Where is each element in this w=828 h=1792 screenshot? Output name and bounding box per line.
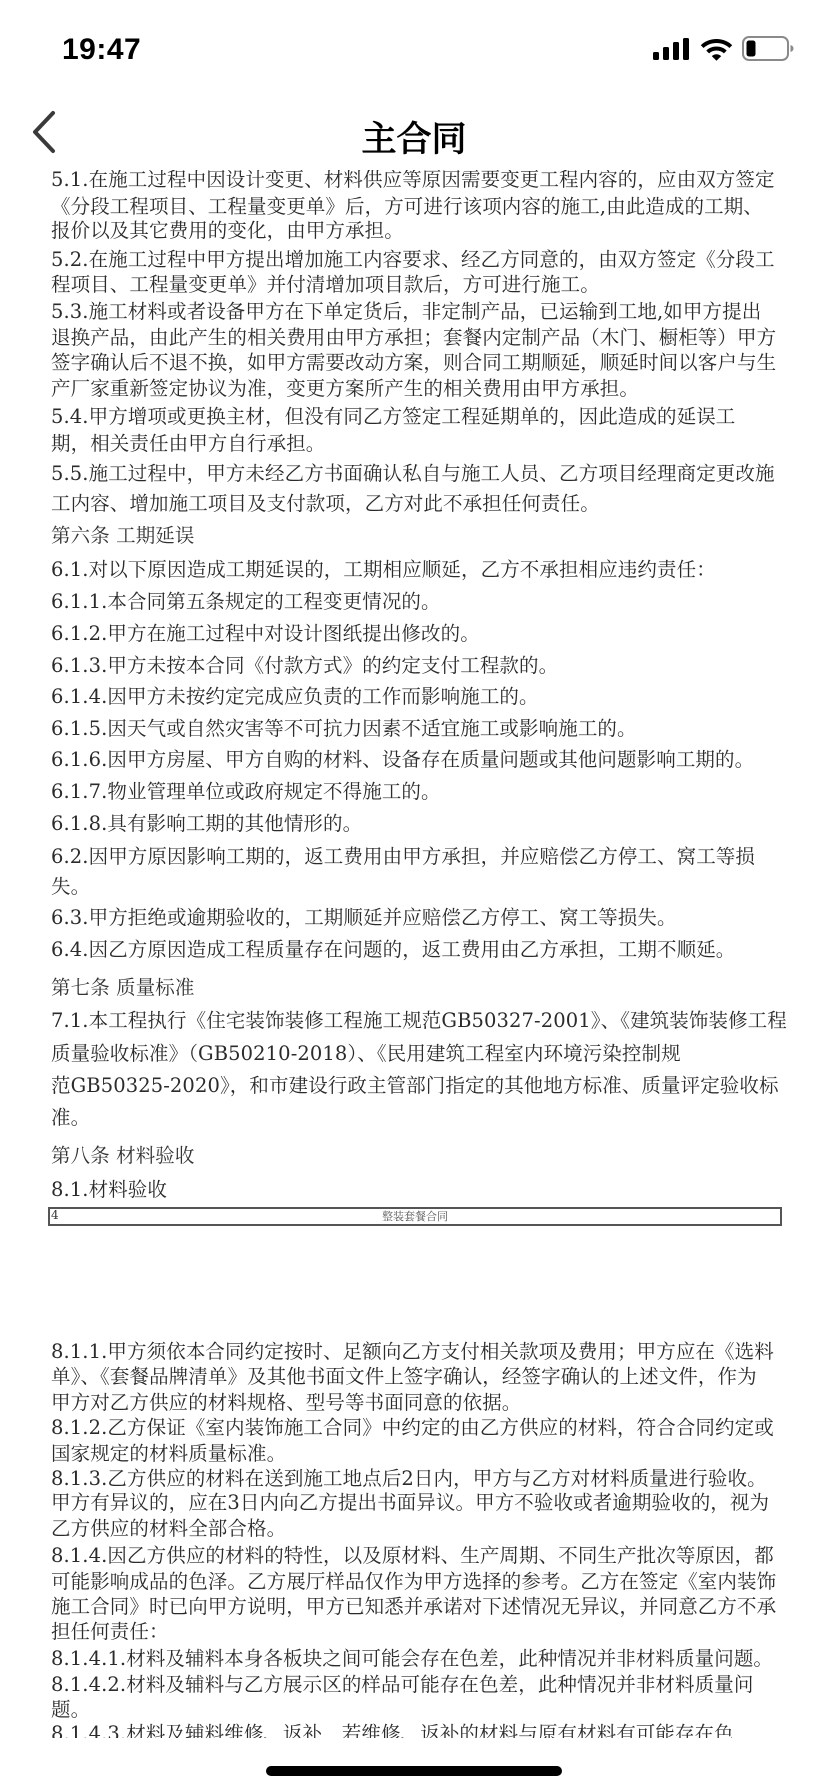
- document-text-line: 报价以及其它费用的变化，由甲方承担。: [51, 219, 791, 243]
- document-text-line: 工内容、增加施工项目及支付款项，乙方对此不承担任何责任。: [51, 492, 791, 516]
- document-text-line: 8.1.2.乙方保证《室内装饰施工合同》中约定的由乙方供应的材料，符合合同约定或: [51, 1416, 791, 1440]
- section-heading: 第八条 材料验收: [51, 1144, 791, 1168]
- document-text-line: 可能影响成品的色泽。乙方展厅样品仅作为甲方选择的参考。乙方在签定《室内装饰: [51, 1570, 791, 1594]
- document-text-line: 国家规定的材料质量标准。: [51, 1442, 791, 1466]
- document-text-line: 单》、《套餐品牌清单》及其他书面文件上签字确认，经签字确认的上述文件，作为: [51, 1365, 791, 1389]
- document-text-line: 8.1.4.1.材料及辅料本身各板块之间可能会存在色差，此种情况并非材料质量问题…: [51, 1647, 791, 1671]
- status-time: 19:47: [62, 33, 141, 67]
- document-text-line: 5.4.甲方增项或更换主材，但没有同乙方签定工程延期单的，因此造成的延误工: [51, 405, 791, 429]
- document-text-line: 8.1.4.2.材料及辅料与乙方展示区的样品可能存在色差，此种情况并非材料质量问: [51, 1673, 791, 1697]
- document-text-line: 准。: [51, 1106, 791, 1130]
- document-text-line: 5.2.在施工过程中甲方提出增加施工内容要求、经乙方同意的，由双方签定《分段工: [51, 248, 791, 272]
- document-text-line: 程项目、工程量变更单》并付清增加项目款后，方可进行施工。: [51, 273, 791, 297]
- document-text-line: 乙方供应的材料全部合格。: [51, 1517, 791, 1541]
- document-text-line: 质量验收标准》（GB50210-2018）、《民用建筑工程室内环境污染控制规: [51, 1042, 791, 1066]
- page-footer: 4整装套餐合同: [48, 1207, 782, 1226]
- document-text-line: 6.1.7.物业管理单位或政府规定不得施工的。: [51, 780, 791, 804]
- document-text-line: 8.1.材料验收: [51, 1178, 791, 1202]
- document-text-line: 6.2.因甲方原因影响工期的，返工费用由甲方承担，并应赔偿乙方停工、窝工等损: [51, 845, 791, 869]
- home-indicator[interactable]: [266, 1766, 562, 1776]
- document-text-line: 6.3.甲方拒绝或逾期验收的，工期顺延并应赔偿乙方停工、窝工等损失。: [51, 906, 791, 930]
- document-viewer[interactable]: 5.1.在施工过程中因设计变更、材料供应等原因需要变更工程内容的，应由双方签定《…: [0, 170, 828, 1738]
- document-text-line: 6.4.因乙方原因造成工程质量存在问题的，返工费用由乙方承担，工期不顺延。: [51, 938, 791, 962]
- page-title: 主合同: [0, 112, 828, 162]
- document-text-line: 6.1.3.甲方未按本合同《付款方式》的约定支付工程款的。: [51, 654, 791, 678]
- document-text-line: 担任何责任：: [51, 1620, 791, 1644]
- footer-title: 整装套餐合同: [50, 1209, 780, 1224]
- document-text-line: 5.1.在施工过程中因设计变更、材料供应等原因需要变更工程内容的，应由双方签定: [51, 170, 791, 192]
- document-text-line: 范GB50325-2020》，和市建设行政主管部门指定的其他地方标准、质量评定验…: [51, 1074, 791, 1098]
- document-text-line: 6.1.对以下原因造成工期延误的，工期相应顺延，乙方不承担相应违约责任：: [51, 558, 791, 582]
- document-text-line: 退换产品，由此产生的相关费用由甲方承担；套餐内定制产品（木门、橱柜等）甲方: [51, 326, 791, 350]
- document-text-line: 题。: [51, 1698, 791, 1722]
- document-text-line: 施工合同》时已向甲方说明，甲方已知悉并承诺对下述情况无异议，并同意乙方不承: [51, 1595, 791, 1619]
- document-text-line: 甲方有异议的，应在3日内向乙方提出书面异议。甲方不验收或者逾期验收的，视为: [51, 1491, 791, 1515]
- document-text-line: 6.1.2.甲方在施工过程中对设计图纸提出修改的。: [51, 622, 791, 646]
- document-text-line: 6.1.1.本合同第五条规定的工程变更情况的。: [51, 590, 791, 614]
- document-text-line: 期，相关责任由甲方自行承担。: [51, 432, 791, 456]
- document-text-line: 8.1.4.3.材料及辅料维修、返补，若维修、返补的材料与原有材料有可能存在色: [51, 1722, 791, 1738]
- document-text-line: 产厂家重新签定协议为准，变更方案所产生的相关费用由甲方承担。: [51, 377, 791, 401]
- document-text-line: 签字确认后不退不换，如甲方需要改动方案，则合同工期顺延，顺延时间以客户与生: [51, 351, 791, 375]
- battery-low-icon: [742, 36, 794, 61]
- document-text-line: 6.1.8.具有影响工期的其他情形的。: [51, 812, 791, 836]
- section-heading: 第六条 工期延误: [51, 524, 791, 548]
- document-text-line: 6.1.5.因天气或自然灾害等不可抗力因素不适宜施工或影响施工的。: [51, 717, 791, 741]
- document-text-line: 5.5.施工过程中，甲方未经乙方书面确认私自与施工人员、乙方项目经理商定更改施: [51, 462, 791, 486]
- document-text-line: 7.1.本工程执行《住宅装饰装修工程施工规范GB50327-2001》、《建筑装…: [51, 1009, 791, 1033]
- document-text-line: 6.1.4.因甲方未按约定完成应负责的工作而影响施工的。: [51, 685, 791, 709]
- document-text-line: 甲方对乙方供应的材料规格、型号等书面同意的依据。: [51, 1391, 791, 1415]
- document-text-line: 《分段工程项目、工程量变更单》后，方可进行该项内容的施工,由此造成的工期、: [51, 195, 791, 219]
- document-text-line: 5.3.施工材料或者设备甲方在下单定货后，非定制产品，已运输到工地,如甲方提出: [51, 300, 791, 324]
- document-text-line: 6.1.6.因甲方房屋、甲方自购的材料、设备存在质量问题或其他问题影响工期的。: [51, 748, 791, 772]
- cellular-signal-icon: [653, 38, 691, 60]
- document-text-line: 8.1.1.甲方须依本合同约定按时、足额向乙方支付相关款项及费用；甲方应在《选料: [51, 1340, 791, 1364]
- wifi-icon: [700, 36, 733, 61]
- document-text-line: 失。: [51, 875, 791, 899]
- section-heading: 第七条 质量标准: [51, 976, 791, 1000]
- status-bar: 19:47: [0, 0, 828, 90]
- document-text-line: 8.1.3.乙方供应的材料在送到施工地点后2日内，甲方与乙方对材料质量进行验收。: [51, 1467, 791, 1491]
- document-text-line: 8.1.4.因乙方供应的材料的特性，以及原材料、生产周期、不同生产批次等原因，都: [51, 1544, 791, 1568]
- nav-bar: 主合同: [0, 90, 828, 170]
